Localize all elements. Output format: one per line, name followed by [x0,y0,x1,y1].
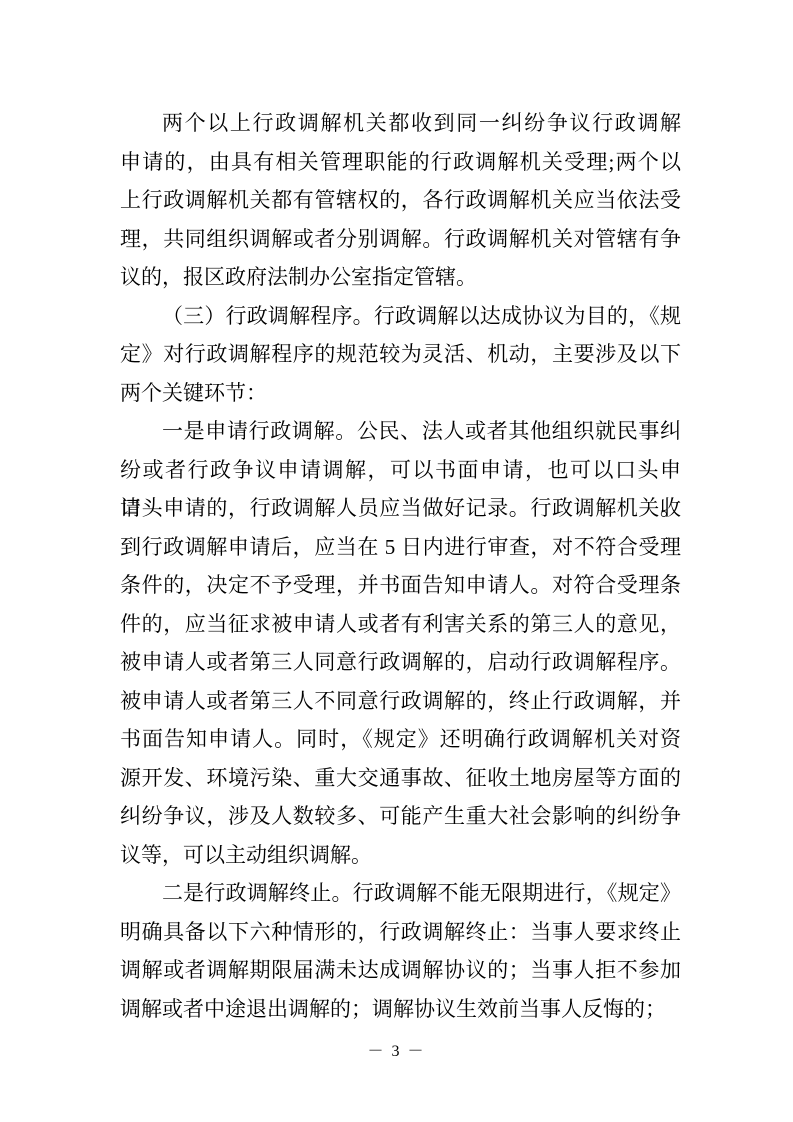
paragraph: 两个以上行政调解机关都收到同一纠纷争议行政调解申请的，由具有相关管理职能的行政调… [120,104,681,297]
text-line: 议的，报区政府法制办公室指定管辖。 [120,258,681,297]
text-line: 件的，应当征求被申请人或者有利害关系的第三人的意见， [120,605,681,644]
text-line: 条件的，决定不予受理，并书面告知申请人。对符合受理条 [120,566,681,605]
text-line: 到行政调解申请后，应当在 5 日内进行审查，对不符合受理 [120,528,681,567]
text-line: 一是申请行政调解。公民、法人或者其他组织就民事纠 [120,412,681,451]
text-line: 书面告知申请人。同时，《规定》还明确行政调解机关对资 [120,720,681,759]
text-line: 两个关键环节： [120,374,681,413]
text-line: 定》对行政调解程序的规范较为灵活、机动，主要涉及以下 [120,335,681,374]
text-line: 二是行政调解终止。行政调解不能无限期进行，《规定》 [120,874,681,913]
paragraph: 一是申请行政调解。公民、法人或者其他组织就民事纠纷或者行政争议申请调解，可以书面… [120,412,681,874]
text-line: 源开发、环境污染、重大交通事故、征收土地房屋等方面的 [120,759,681,798]
text-line: 口头申请的，行政调解人员应当做好记录。行政调解机关收 [120,489,681,528]
text-line: 被申请人或者第三人同意行政调解的，启动行政调解程序。 [120,643,681,682]
text-line: 纷或者行政争议申请调解，可以书面申请，也可以口头申请。 [120,451,681,490]
text-line: 被申请人或者第三人不同意行政调解的，终止行政调解，并 [120,682,681,721]
text-line: 申请的，由具有相关管理职能的行政调解机关受理;两个以 [120,143,681,182]
text-line: 纠纷争议，涉及人数较多、可能产生重大社会影响的纠纷争 [120,797,681,836]
text-line: 调解或者调解期限届满未达成调解协议的；当事人拒不参加 [120,951,681,990]
text-line: 上行政调解机关都有管辖权的，各行政调解机关应当依法受 [120,181,681,220]
document-page: 两个以上行政调解机关都收到同一纠纷争议行政调解申请的，由具有相关管理职能的行政调… [0,0,793,1122]
paragraph: 二是行政调解终止。行政调解不能无限期进行，《规定》明确具备以下六种情形的，行政调… [120,874,681,1028]
document-body: 两个以上行政调解机关都收到同一纠纷争议行政调解申请的，由具有相关管理职能的行政调… [120,104,681,1028]
text-line: 两个以上行政调解机关都收到同一纠纷争议行政调解 [120,104,681,143]
text-line: 调解或者中途退出调解的；调解协议生效前当事人反悔的； [120,990,681,1029]
paragraph: （三）行政调解程序。行政调解以达成协议为目的，《规定》对行政调解程序的规范较为灵… [120,297,681,413]
page-number: － 3 － [0,1041,793,1063]
text-line: 理，共同组织调解或者分别调解。行政调解机关对管辖有争 [120,220,681,259]
text-line: （三）行政调解程序。行政调解以达成协议为目的，《规 [120,297,681,336]
text-line: 明确具备以下六种情形的，行政调解终止：当事人要求终止 [120,913,681,952]
text-line: 议等，可以主动组织调解。 [120,836,681,875]
